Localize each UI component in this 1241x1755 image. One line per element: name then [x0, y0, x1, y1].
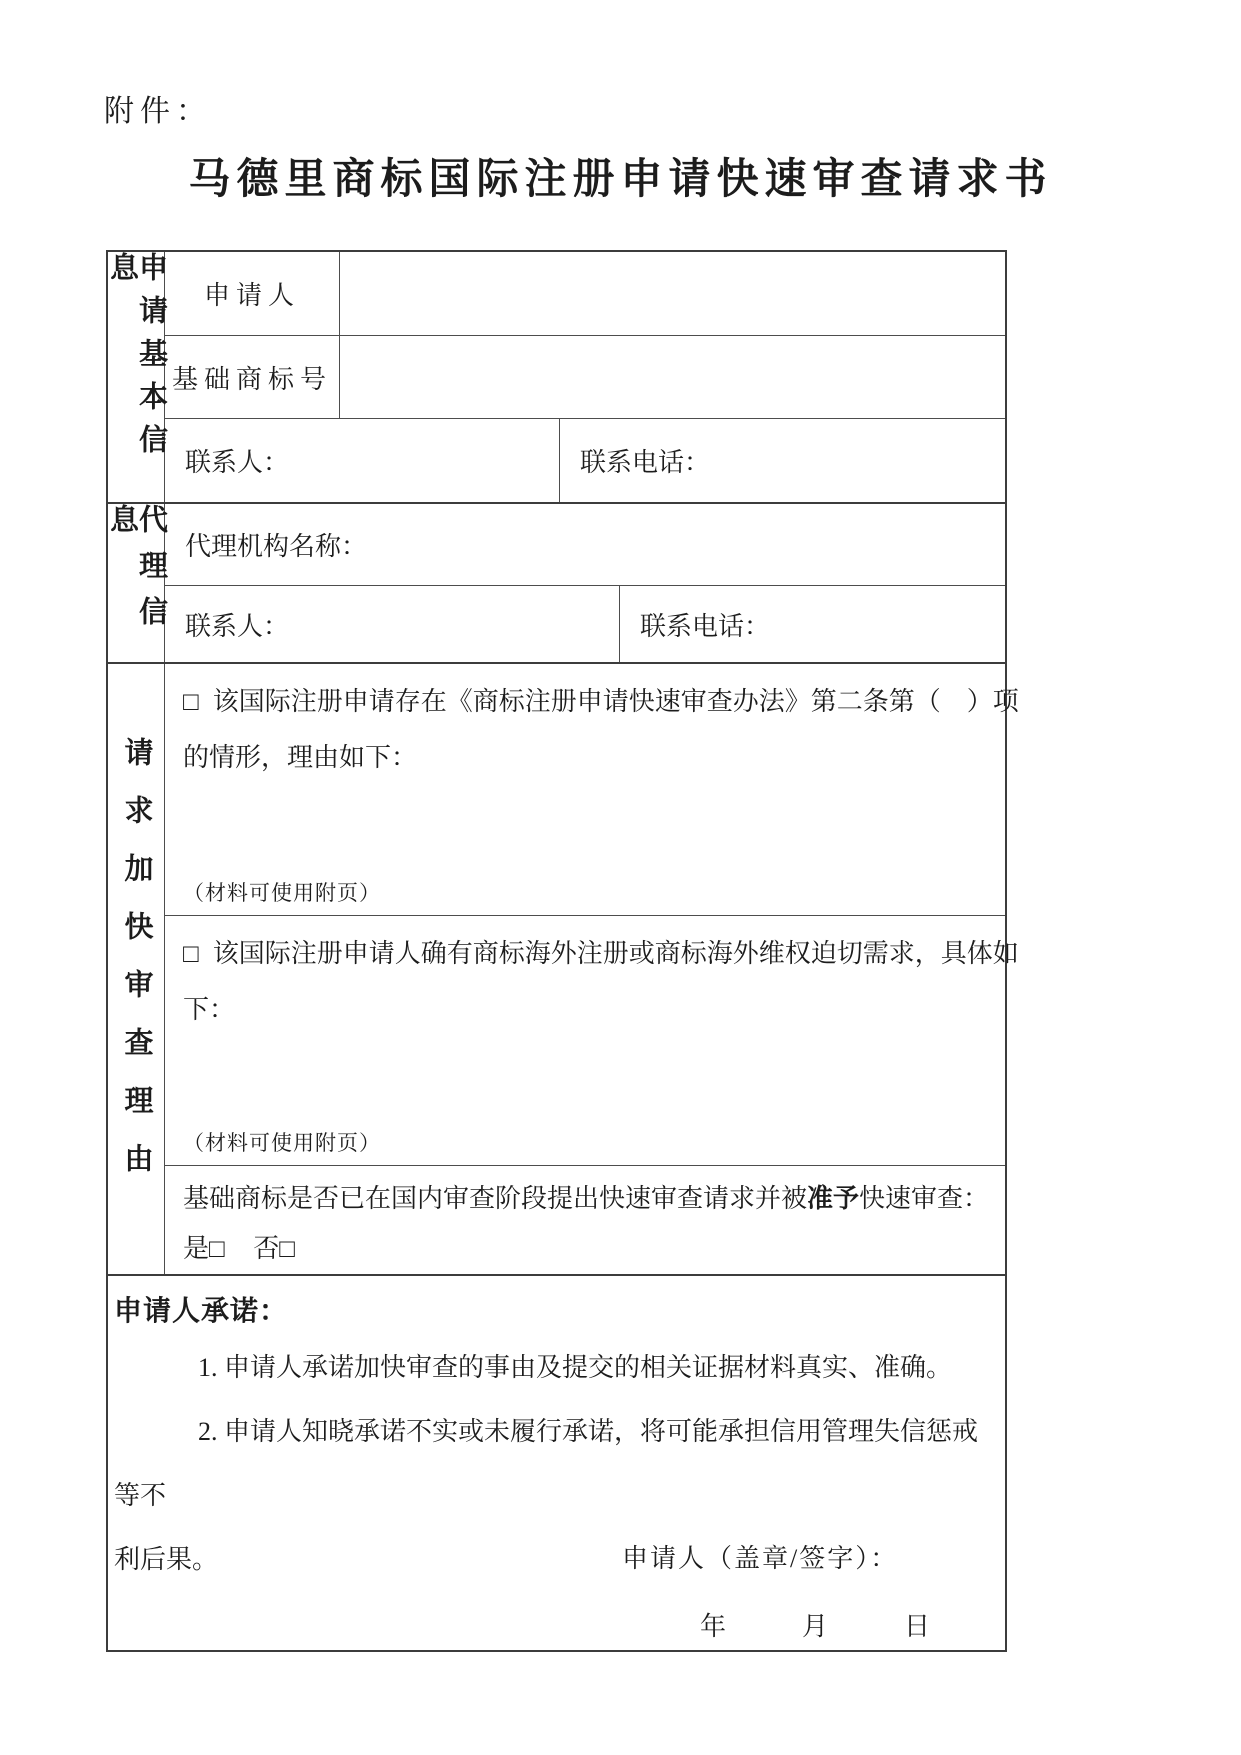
section-commitment: 申请人承诺： 1. 申请人承诺加快审查的事由及提交的相关证据材料真实、准确。 2… — [108, 1276, 1005, 1650]
agency-name-field[interactable]: 代理机构名称： — [165, 504, 1005, 585]
agency-name-row: 代理机构名称： — [165, 504, 1005, 586]
reason-option2-line2: 下： — [183, 982, 999, 1038]
granted-question-before: 基础商标是否已在国内审查阶段提出快速审查请求并被 — [183, 1184, 807, 1213]
applicant-label: 申请人 — [165, 252, 340, 335]
section-agency-info: 代理信息 代理机构名称： 联系人： 联系电话： — [108, 504, 1005, 664]
basic-info-section-label-text: 申请基本信息 — [107, 252, 165, 502]
reasons-content: □该国际注册申请存在《商标注册申请快速审查办法》第二条第（ ）项 的情形，理由如… — [165, 664, 1005, 1274]
trademark-no-value-field[interactable] — [340, 336, 1005, 418]
granted-yes-checkbox[interactable]: 是□ — [183, 1224, 225, 1274]
signature-label: 申请人（盖章/签字）： — [622, 1542, 898, 1576]
reason-option2-checkbox-icon[interactable]: □ — [183, 926, 199, 982]
section-basic-info: 申请基本信息 申请人 基础商标号 联系人： 联系电话： — [108, 252, 1005, 504]
reason-option2-cell: □该国际注册申请人确有商标海外注册或商标海外维权迫切需求，具体如 下： （材料可… — [165, 916, 1005, 1166]
agency-phone-label: 联系电话： — [640, 606, 770, 643]
application-form-table: 申请基本信息 申请人 基础商标号 联系人： 联系电话： — [106, 250, 1007, 1652]
reasons-section-label: 请求加快审查理由 — [108, 664, 165, 1274]
reason-option1-text1: 该国际注册申请存在《商标注册申请快速审查办法》第二条第（ ）项 — [213, 687, 1019, 716]
agency-contact-row: 联系人： 联系电话： — [165, 586, 1005, 662]
granted-yes-no-line: 是□ 否□ — [183, 1224, 999, 1274]
commitment-item-1: 1. 申请人承诺加快审查的事由及提交的相关证据材料真实、准确。 — [108, 1336, 1005, 1400]
applicant-row: 申请人 — [165, 252, 1005, 336]
reason-option2-text1: 该国际注册申请人确有商标海外注册或商标海外维权迫切需求，具体如 — [213, 939, 1019, 968]
date-label: 年 月 日 — [700, 1610, 938, 1644]
document-page: 附件： 马德里商标国际注册申请快速审查请求书 申请基本信息 申请人 基础商标号 … — [0, 0, 1241, 1755]
section-expedite-reasons: 请求加快审查理由 □该国际注册申请存在《商标注册申请快速审查办法》第二条第（ ）… — [108, 664, 1005, 1276]
basic-info-content: 申请人 基础商标号 联系人： 联系电话： — [165, 252, 1005, 502]
basic-contact-row: 联系人： 联系电话： — [165, 419, 1005, 502]
reason-option1-note: （材料可使用附页） — [183, 877, 381, 907]
basic-phone-field[interactable]: 联系电话： — [560, 419, 1005, 502]
commitment-heading: 申请人承诺： — [108, 1276, 1005, 1336]
agency-name-label: 代理机构名称： — [185, 526, 367, 563]
reason-option1-line1: □该国际注册申请存在《商标注册申请快速审查办法》第二条第（ ）项 — [183, 674, 999, 730]
reason-option1-checkbox-icon[interactable]: □ — [183, 674, 199, 730]
trademark-no-row: 基础商标号 — [165, 336, 1005, 419]
agency-info-section-label: 代理信息 — [108, 504, 165, 662]
agency-info-content: 代理机构名称： 联系人： 联系电话： — [165, 504, 1005, 662]
form-title: 马德里商标国际注册申请快速审查请求书 — [0, 146, 1241, 206]
granted-question-line: 基础商标是否已在国内审查阶段提出快速审查请求并被准予快速审查： — [183, 1174, 999, 1224]
basic-contact-field[interactable]: 联系人： — [165, 419, 560, 502]
attachment-label: 附件： — [104, 86, 212, 130]
applicant-value-field[interactable] — [340, 252, 1005, 335]
commitment-item-2-line1: 2. 申请人知晓承诺不实或未履行承诺，将可能承担信用管理失信惩戒等不 — [108, 1400, 1005, 1528]
reason-option1-cell: □该国际注册申请存在《商标注册申请快速审查办法》第二条第（ ）项 的情形，理由如… — [165, 664, 1005, 916]
granted-no-checkbox[interactable]: 否□ — [253, 1224, 295, 1274]
granted-question-cell: 基础商标是否已在国内审查阶段提出快速审查请求并被准予快速审查： 是□ 否□ — [165, 1166, 1005, 1274]
agency-phone-field[interactable]: 联系电话： — [620, 586, 1005, 662]
reason-option2-note: （材料可使用附页） — [183, 1127, 381, 1157]
basic-info-section-label: 申请基本信息 — [108, 252, 165, 502]
agency-contact-field[interactable]: 联系人： — [165, 586, 620, 662]
reasons-section-label-text: 请求加快审查理由 — [122, 737, 151, 1201]
granted-question-bold: 准予 — [807, 1184, 859, 1213]
basic-contact-label: 联系人： — [185, 442, 289, 479]
trademark-no-label: 基础商标号 — [165, 336, 340, 418]
granted-question-after: 快速审查： — [859, 1184, 989, 1213]
reason-option1-line2: 的情形，理由如下： — [183, 730, 999, 786]
reason-option2-line1: □该国际注册申请人确有商标海外注册或商标海外维权迫切需求，具体如 — [183, 926, 999, 982]
agency-info-section-label-text: 代理信息 — [107, 504, 165, 662]
agency-contact-label: 联系人： — [185, 606, 289, 643]
basic-phone-label: 联系电话： — [580, 442, 710, 479]
